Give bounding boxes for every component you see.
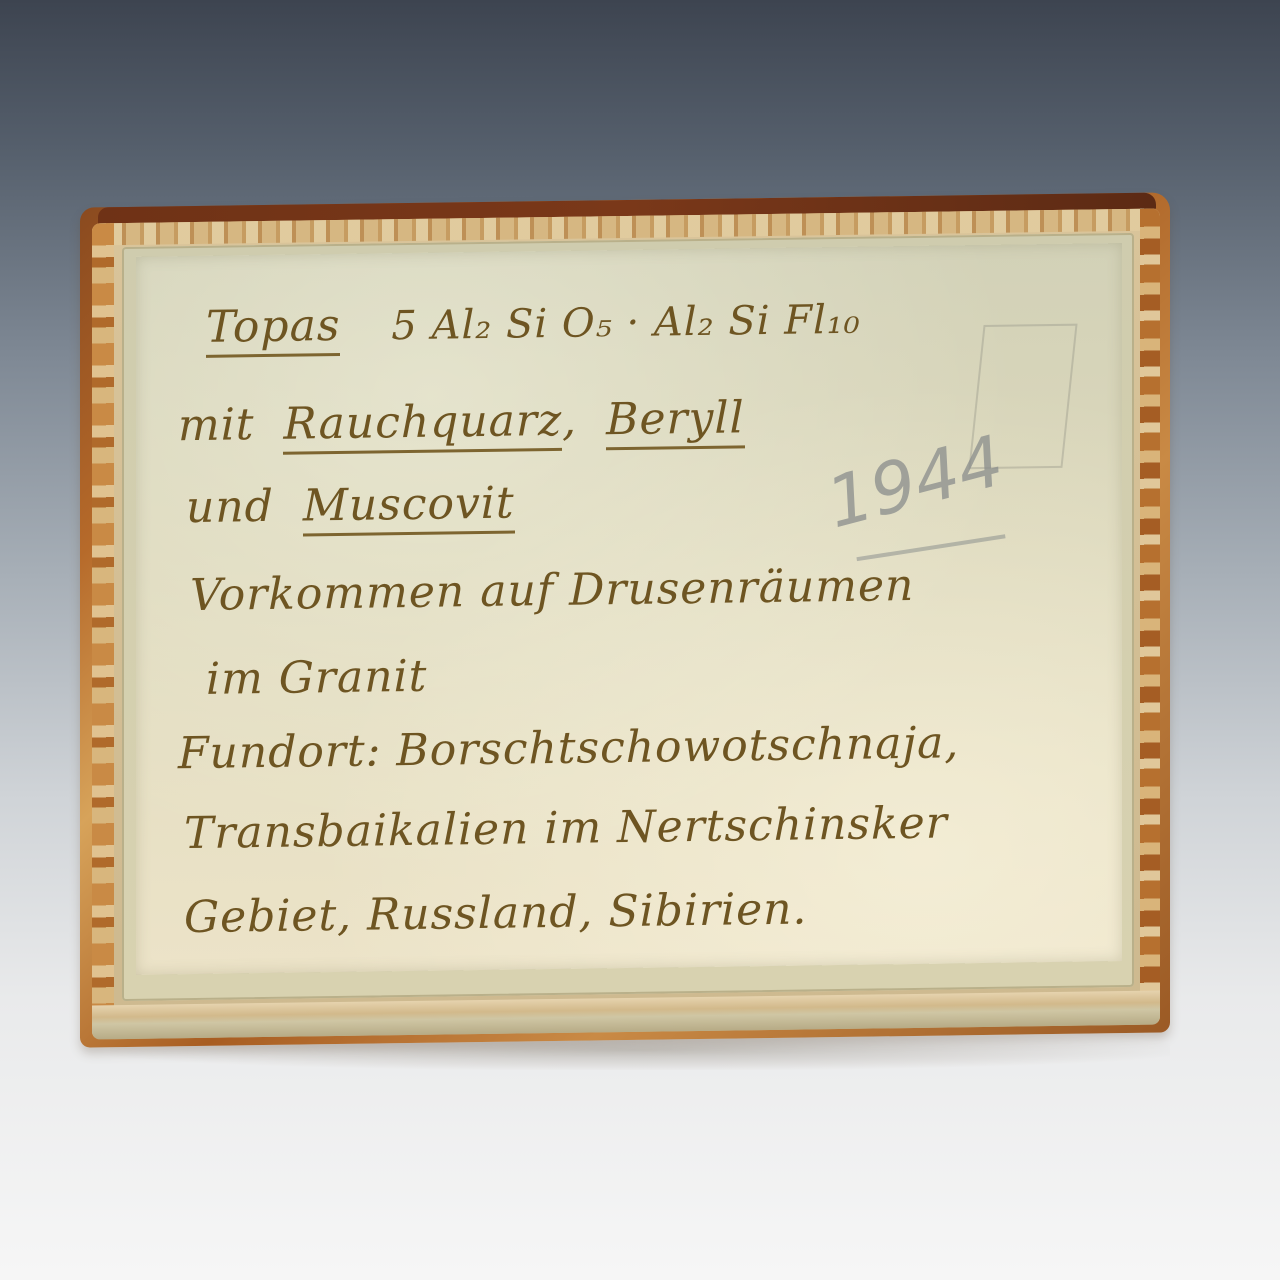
chemical-formula: 5 Al₂ Si O₅ · Al₂ Si Fl₁₀ [391, 297, 860, 350]
mineral-name: Topas [206, 300, 340, 358]
label-line-7: Transbaikalien im Nertschinsker [184, 801, 948, 856]
handwritten-label: Topas 5 Al₂ Si O₅ · Al₂ Si Fl₁₀ mit Rauc… [206, 294, 1082, 306]
rim-left [92, 223, 114, 1039]
label-line-5: im Granit [206, 655, 427, 702]
locality-2: Transbaikalien im Nertschinsker [184, 797, 948, 859]
label-line-2: mit Rauchquarz, Beryll [178, 396, 745, 448]
prefix-mit: mit [178, 399, 254, 451]
rim-right [1140, 209, 1160, 1025]
label-line-6: Fundort: Borschtschowotschnaja, [178, 721, 959, 776]
label-line-1: Topas 5 Al₂ Si O₅ · Al₂ Si Fl₁₀ [206, 297, 861, 350]
pencil-note: 1944 [819, 420, 1012, 545]
companion-rauchquarz: Rauchquarz [283, 395, 562, 455]
companion-muscovit: Muscovit [303, 478, 515, 537]
label-line-4: Vorkommen auf Drusenräumen [190, 564, 914, 618]
locality-1: Fundort: Borschtschowotschnaja, [178, 717, 959, 779]
box-rim: 1944 Topas 5 Al₂ Si O₅ · Al₂ Si Fl₁₀ mit… [92, 209, 1160, 1040]
pencil-underline [856, 534, 1005, 561]
occurrence-1: Vorkommen auf Drusenräumen [190, 560, 914, 621]
photo-scene: 1944 Topas 5 Al₂ Si O₅ · Al₂ Si Fl₁₀ mit… [0, 0, 1280, 1280]
companion-beryll: Beryll [606, 392, 744, 450]
box-inner-wall: 1944 Topas 5 Al₂ Si O₅ · Al₂ Si Fl₁₀ mit… [122, 233, 1134, 1001]
locality-3: Gebiet, Russland, Sibirien. [184, 883, 807, 943]
prefix-und: und [186, 481, 274, 533]
specimen-box: 1944 Topas 5 Al₂ Si O₅ · Al₂ Si Fl₁₀ mit… [80, 192, 1170, 1047]
comma: , [562, 395, 577, 446]
label-paper: 1944 Topas 5 Al₂ Si O₅ · Al₂ Si Fl₁₀ mit… [136, 243, 1122, 975]
occurrence-2: im Granit [206, 651, 427, 705]
label-line-3: und Muscovit [186, 482, 515, 531]
label-line-8: Gebiet, Russland, Sibirien. [184, 887, 807, 940]
